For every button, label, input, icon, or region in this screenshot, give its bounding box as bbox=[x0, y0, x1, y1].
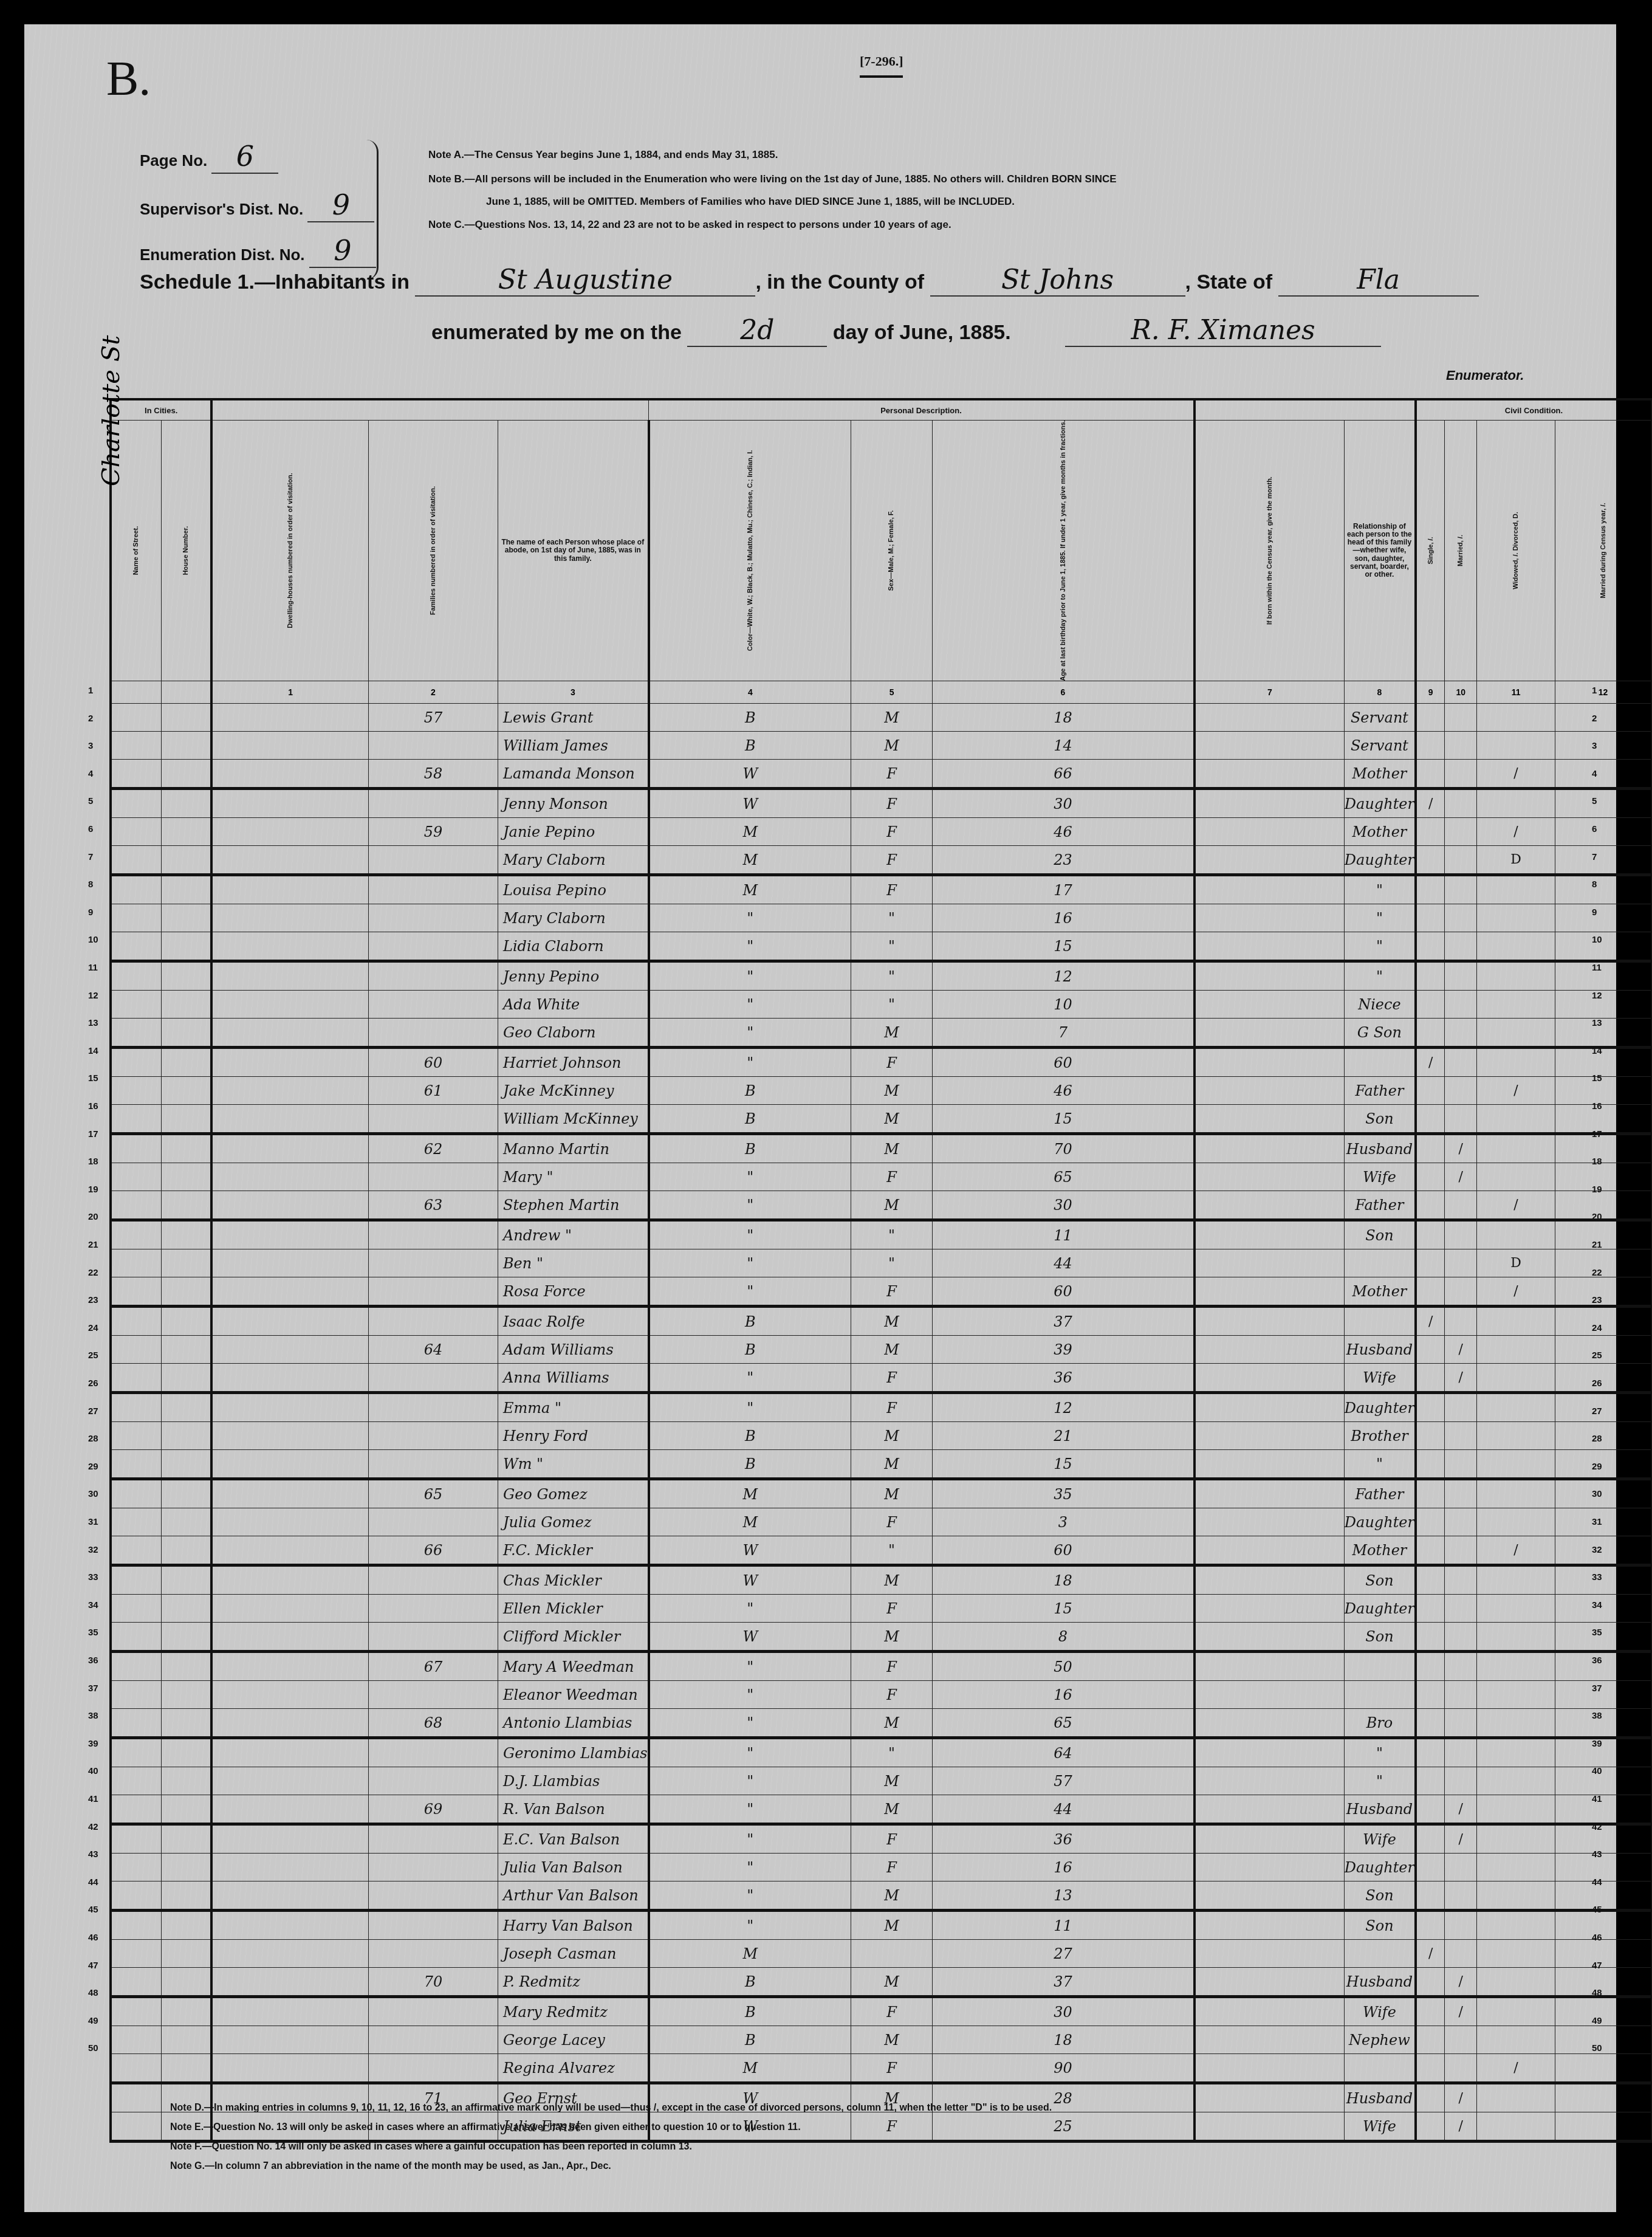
cell-age: 12 bbox=[932, 1393, 1194, 1422]
cell-mdc bbox=[1555, 1738, 1652, 1767]
cell-single bbox=[1416, 1767, 1445, 1795]
cell-name: Geo Gomez bbox=[498, 1479, 648, 1508]
cell-house bbox=[161, 1940, 211, 1968]
cell-age: 18 bbox=[932, 2026, 1194, 2054]
cell-rel: Servant bbox=[1344, 704, 1416, 732]
cell-mdc bbox=[1555, 1048, 1652, 1077]
cell-name: Regina Alvarez bbox=[498, 2054, 648, 2083]
line-number: 33 bbox=[1592, 1572, 1602, 1582]
line-number: 12 bbox=[88, 991, 98, 1001]
enumeration-label: Enumeration Dist. No. bbox=[140, 246, 305, 264]
cell-single bbox=[1416, 1881, 1445, 1911]
cell-mdc bbox=[1555, 1364, 1652, 1393]
cell-family bbox=[368, 1595, 498, 1623]
cell-mdc bbox=[1555, 1795, 1652, 1824]
cell-sex: F bbox=[851, 2054, 933, 2083]
cell-age: 15 bbox=[932, 1595, 1194, 1623]
cell-dwelling bbox=[211, 1652, 368, 1681]
cell-family: 65 bbox=[368, 1479, 498, 1508]
line-number: 19 bbox=[1592, 1184, 1602, 1195]
cell-name: Joseph Casman bbox=[498, 1940, 648, 1968]
cell-street bbox=[111, 789, 161, 818]
cell-house bbox=[161, 1565, 211, 1595]
cell-rel: Daughter bbox=[1344, 1595, 1416, 1623]
cell-rel: Son bbox=[1344, 1565, 1416, 1595]
table-row: Geronimo Llambias""64"Merchant""" bbox=[111, 1738, 1652, 1767]
cell-married bbox=[1445, 1681, 1477, 1709]
cell-name: Andrew " bbox=[498, 1220, 648, 1249]
cell-dwelling bbox=[211, 1940, 368, 1968]
cell-married: / bbox=[1445, 2083, 1477, 2112]
table-row: 68Antonio Llambias"M65BroCarpenter""" bbox=[111, 1709, 1652, 1738]
line-number: 21 bbox=[1592, 1240, 1602, 1250]
cell-color: " bbox=[649, 1709, 851, 1738]
table-row: Lidia Claborn""15"""" bbox=[111, 932, 1652, 961]
cell-color: B bbox=[649, 1968, 851, 1997]
cell-sex: M bbox=[851, 2026, 933, 2054]
cell-married bbox=[1445, 1019, 1477, 1048]
cell-sex: M bbox=[851, 1479, 933, 1508]
cell-month bbox=[1194, 1824, 1344, 1854]
cell-street bbox=[111, 1940, 161, 1968]
line-number: 41 bbox=[88, 1794, 98, 1804]
cell-sex: " bbox=[851, 991, 933, 1019]
cell-family bbox=[368, 1220, 498, 1249]
column-number: 2 bbox=[368, 681, 498, 704]
cell-single bbox=[1416, 904, 1445, 932]
cell-married bbox=[1445, 991, 1477, 1019]
cell-name: Wm " bbox=[498, 1450, 648, 1479]
line-number: 23 bbox=[88, 1295, 98, 1305]
cell-married bbox=[1445, 1307, 1477, 1336]
cell-month bbox=[1194, 704, 1344, 732]
cell-widowed: / bbox=[1477, 1277, 1555, 1307]
cell-single bbox=[1416, 846, 1445, 875]
cell-month bbox=[1194, 1249, 1344, 1277]
cell-house bbox=[161, 875, 211, 904]
line-number: 31 bbox=[1592, 1517, 1602, 1527]
cell-name: Henry Ford bbox=[498, 1422, 648, 1450]
cell-family: 58 bbox=[368, 760, 498, 789]
cell-mdc bbox=[1555, 2112, 1652, 2142]
cell-color: " bbox=[649, 1220, 851, 1249]
cell-sex: M bbox=[851, 1336, 933, 1364]
cell-married bbox=[1445, 1077, 1477, 1105]
cell-street bbox=[111, 1422, 161, 1450]
line-number: 18 bbox=[1592, 1156, 1602, 1167]
cell-month bbox=[1194, 932, 1344, 961]
cell-color: " bbox=[649, 1277, 851, 1307]
cell-mdc bbox=[1555, 1940, 1652, 1968]
table-row: 62Manno MartinBM70Husband/Mason//"Africa… bbox=[111, 1134, 1652, 1163]
cell-rel: Daughter bbox=[1344, 1393, 1416, 1422]
line-number: 23 bbox=[1592, 1295, 1602, 1305]
cell-age: 23 bbox=[932, 846, 1194, 875]
cell-dwelling bbox=[211, 1019, 368, 1048]
cell-mdc bbox=[1555, 1854, 1652, 1881]
table-row: 59Janie PepinoMF46Mother/"Fla" bbox=[111, 818, 1652, 846]
cell-married: / bbox=[1445, 1997, 1477, 2026]
cell-street bbox=[111, 1393, 161, 1422]
cell-sex: F bbox=[851, 1048, 933, 1077]
group-civil: Civil Condition. bbox=[1416, 399, 1652, 421]
line-number: 21 bbox=[88, 1240, 98, 1250]
cell-rel: Nephew bbox=[1344, 2026, 1416, 2054]
cell-family: 61 bbox=[368, 1077, 498, 1105]
column-number: 1 bbox=[211, 681, 368, 704]
cell-street bbox=[111, 1652, 161, 1681]
cell-rel bbox=[1344, 1940, 1416, 1968]
note-d: Note D.—In making entries in columns 9, … bbox=[170, 2103, 1052, 2114]
cell-house bbox=[161, 1364, 211, 1393]
cell-house bbox=[161, 1652, 211, 1681]
cell-mdc bbox=[1555, 1450, 1652, 1479]
column-header: Dwelling-houses numbered in order of vis… bbox=[211, 421, 368, 681]
cell-dwelling bbox=[211, 1336, 368, 1364]
cell-single bbox=[1416, 961, 1445, 991]
cell-dwelling bbox=[211, 875, 368, 904]
line-number: 30 bbox=[1592, 1489, 1602, 1499]
cell-age: 25 bbox=[932, 2112, 1194, 2142]
cell-mdc bbox=[1555, 875, 1652, 904]
cell-single bbox=[1416, 1450, 1445, 1479]
line-number: 13 bbox=[88, 1018, 98, 1028]
cell-house bbox=[161, 1767, 211, 1795]
cell-street bbox=[111, 1307, 161, 1336]
table-row: Eleanor Weedman"F16""" bbox=[111, 1681, 1652, 1709]
cell-house bbox=[161, 818, 211, 846]
table-row: 60Harriet Johnson"F60///""" bbox=[111, 1048, 1652, 1077]
cell-single bbox=[1416, 732, 1445, 760]
cell-month bbox=[1194, 1536, 1344, 1565]
cell-married bbox=[1445, 1623, 1477, 1652]
line-number: 9 bbox=[1592, 907, 1597, 918]
cell-name: Lidia Claborn bbox=[498, 932, 648, 961]
cell-street bbox=[111, 991, 161, 1019]
cell-house bbox=[161, 991, 211, 1019]
cell-married bbox=[1445, 1277, 1477, 1307]
cell-widowed bbox=[1477, 1565, 1555, 1595]
cell-age: 30 bbox=[932, 1997, 1194, 2026]
cell-widowed bbox=[1477, 1854, 1555, 1881]
cell-color: " bbox=[649, 1163, 851, 1191]
cell-single bbox=[1416, 2112, 1445, 2142]
cell-family bbox=[368, 1277, 498, 1307]
line-number: 20 bbox=[1592, 1212, 1602, 1222]
cell-rel bbox=[1344, 1249, 1416, 1277]
table-row: Arthur Van Balson"M13Son""" bbox=[111, 1881, 1652, 1911]
cell-married bbox=[1445, 1249, 1477, 1277]
cell-age: 60 bbox=[932, 1536, 1194, 1565]
cell-family bbox=[368, 932, 498, 961]
cell-married bbox=[1445, 1738, 1477, 1767]
column-header-label: Married during Census year, /. bbox=[1599, 503, 1606, 598]
column-header-label: Dwelling-houses numbered in order of vis… bbox=[287, 473, 294, 628]
cell-married bbox=[1445, 1709, 1477, 1738]
cell-age: 64 bbox=[932, 1738, 1194, 1767]
cell-single bbox=[1416, 2083, 1445, 2112]
line-number: 37 bbox=[88, 1683, 98, 1694]
cell-married: / bbox=[1445, 1336, 1477, 1364]
cell-name: Louisa Pepino bbox=[498, 875, 648, 904]
column-number: 12 bbox=[1555, 681, 1652, 704]
cell-married bbox=[1445, 1479, 1477, 1508]
cell-single bbox=[1416, 1163, 1445, 1191]
cell-rel: Brother bbox=[1344, 1422, 1416, 1450]
cell-single: / bbox=[1416, 1940, 1445, 1968]
line-number: 40 bbox=[88, 1766, 98, 1776]
cell-age: 16 bbox=[932, 1681, 1194, 1709]
county-value: St Johns bbox=[930, 264, 1185, 297]
cell-month bbox=[1194, 1307, 1344, 1336]
cell-age: 14 bbox=[932, 732, 1194, 760]
cell-month bbox=[1194, 1997, 1344, 2026]
cell-house bbox=[161, 1105, 211, 1134]
cell-age: 16 bbox=[932, 1854, 1194, 1881]
line-number: 19 bbox=[88, 1184, 98, 1195]
cell-mdc bbox=[1555, 1508, 1652, 1536]
cell-family bbox=[368, 1422, 498, 1450]
cell-mdc bbox=[1555, 1881, 1652, 1911]
cell-single bbox=[1416, 1422, 1445, 1450]
line-number: 6 bbox=[88, 824, 93, 834]
cell-sex: F bbox=[851, 1997, 933, 2026]
column-header: Age at last birthday prior to June 1, 18… bbox=[932, 421, 1194, 681]
line-number: 6 bbox=[1592, 824, 1597, 834]
cell-house bbox=[161, 1220, 211, 1249]
cell-street bbox=[111, 1508, 161, 1536]
cell-mdc bbox=[1555, 991, 1652, 1019]
cell-sex: M bbox=[851, 1077, 933, 1105]
cell-widowed bbox=[1477, 1767, 1555, 1795]
cell-single: / bbox=[1416, 789, 1445, 818]
note-c: Note C.—Questions Nos. 13, 14, 22 and 23… bbox=[428, 219, 951, 231]
line-number: 38 bbox=[1592, 1711, 1602, 1721]
cell-married bbox=[1445, 2026, 1477, 2054]
cell-street bbox=[111, 704, 161, 732]
table-row: 70P. RedmitzBM37Husband/Restaurant"Fla" bbox=[111, 1968, 1652, 1997]
cell-street bbox=[111, 961, 161, 991]
cell-name: Lewis Grant bbox=[498, 704, 648, 732]
cell-house bbox=[161, 1277, 211, 1307]
cell-married bbox=[1445, 1595, 1477, 1623]
column-header: Relationship of each person to the head … bbox=[1344, 421, 1416, 681]
line-number: 43 bbox=[1592, 1849, 1602, 1860]
table-row: Ada White""10Niece///""" bbox=[111, 991, 1652, 1019]
cell-rel: Wife bbox=[1344, 1997, 1416, 2026]
cell-street bbox=[111, 1709, 161, 1738]
cell-single bbox=[1416, 1105, 1445, 1134]
cell-house bbox=[161, 732, 211, 760]
page-no-label: Page No. bbox=[140, 151, 207, 170]
cell-married bbox=[1445, 1105, 1477, 1134]
cell-widowed bbox=[1477, 2112, 1555, 2142]
table-row: Mary ""F65Wife/"Fla" bbox=[111, 1163, 1652, 1191]
supervisor-district: Supervisor's Dist. No. 9 bbox=[140, 188, 374, 222]
column-header-label: Single, /. bbox=[1427, 537, 1434, 564]
table-row: Julia Van Balson"F16Daughter"AlaFla bbox=[111, 1854, 1652, 1881]
cell-dwelling bbox=[211, 1134, 368, 1163]
enumerated-line: enumerated by me on the 2d day of June, … bbox=[431, 315, 1381, 347]
cell-street bbox=[111, 1623, 161, 1652]
schedule-line: Schedule 1.—Inhabitants in St Augustine,… bbox=[140, 264, 1479, 297]
cell-house bbox=[161, 1911, 211, 1940]
cell-age: 46 bbox=[932, 818, 1194, 846]
cell-name: Emma " bbox=[498, 1393, 648, 1422]
cell-month bbox=[1194, 1336, 1344, 1364]
cell-street bbox=[111, 1854, 161, 1881]
cell-rel: Mother bbox=[1344, 1277, 1416, 1307]
cell-name: Antonio Llambias bbox=[498, 1709, 648, 1738]
cell-month bbox=[1194, 1191, 1344, 1220]
cell-month bbox=[1194, 1940, 1344, 1968]
cell-married bbox=[1445, 1048, 1477, 1077]
line-number: 1 bbox=[1592, 686, 1597, 696]
cell-color: W bbox=[649, 760, 851, 789]
cell-street bbox=[111, 1911, 161, 1940]
cell-mdc bbox=[1555, 1307, 1652, 1336]
cell-color: " bbox=[649, 1595, 851, 1623]
line-number: 11 bbox=[1592, 963, 1602, 973]
cell-family bbox=[368, 1738, 498, 1767]
cell-single bbox=[1416, 1997, 1445, 2026]
cell-rel: Husband bbox=[1344, 2083, 1416, 2112]
cell-widowed bbox=[1477, 1997, 1555, 2026]
column-header: Married, /. bbox=[1445, 421, 1477, 681]
cell-color: M bbox=[649, 1479, 851, 1508]
cell-color: " bbox=[649, 1881, 851, 1911]
cell-dwelling bbox=[211, 1854, 368, 1881]
cell-mdc bbox=[1555, 961, 1652, 991]
cell-dwelling bbox=[211, 1479, 368, 1508]
column-header: Color—White, W.; Black, B.; Mulatto, Mu.… bbox=[649, 421, 851, 681]
column-number: 9 bbox=[1416, 681, 1445, 704]
table-row: Clifford MicklerWM8Son""" bbox=[111, 1623, 1652, 1652]
cell-sex: M bbox=[851, 1450, 933, 1479]
enumerator-label: Enumerator. bbox=[1446, 368, 1524, 383]
cell-single bbox=[1416, 1364, 1445, 1393]
note-g: Note G.—In column 7 an abbreviation in t… bbox=[170, 2161, 611, 2172]
cell-color: M bbox=[649, 1508, 851, 1536]
cell-color: M bbox=[649, 875, 851, 904]
cell-family bbox=[368, 1450, 498, 1479]
cell-color: M bbox=[649, 818, 851, 846]
cell-house bbox=[161, 904, 211, 932]
cell-house bbox=[161, 1336, 211, 1364]
cell-name: Jenny Monson bbox=[498, 789, 648, 818]
cell-house bbox=[161, 2026, 211, 2054]
cell-age: 15 bbox=[932, 1105, 1194, 1134]
cell-married bbox=[1445, 875, 1477, 904]
cell-mdc bbox=[1555, 1652, 1652, 1681]
cell-name: Mary Redmitz bbox=[498, 1997, 648, 2026]
cell-single bbox=[1416, 875, 1445, 904]
line-number: 34 bbox=[88, 1600, 98, 1610]
cell-sex: M bbox=[851, 704, 933, 732]
cell-family: 70 bbox=[368, 1968, 498, 1997]
page-no-value: 6 bbox=[211, 140, 278, 174]
cell-color: B bbox=[649, 1105, 851, 1134]
cell-age: 44 bbox=[932, 1249, 1194, 1277]
cell-month bbox=[1194, 904, 1344, 932]
column-number bbox=[161, 681, 211, 704]
cell-mdc bbox=[1555, 1997, 1652, 2026]
cell-dwelling bbox=[211, 1968, 368, 1997]
cell-color: B bbox=[649, 1307, 851, 1336]
cell-married bbox=[1445, 1854, 1477, 1881]
line-number: 32 bbox=[1592, 1545, 1602, 1555]
cell-mdc bbox=[1555, 1479, 1652, 1508]
note-e: Note E.—Question No. 13 will only be ask… bbox=[170, 2122, 801, 2133]
cell-family bbox=[368, 1508, 498, 1536]
cell-street bbox=[111, 875, 161, 904]
cell-mdc bbox=[1555, 1681, 1652, 1709]
cell-married bbox=[1445, 1536, 1477, 1565]
cell-house bbox=[161, 1422, 211, 1450]
cell-sex: " bbox=[851, 1536, 933, 1565]
cell-age: 50 bbox=[932, 1652, 1194, 1681]
cell-married bbox=[1445, 704, 1477, 732]
column-headers: Name of Street.House Number.Dwelling-hou… bbox=[111, 421, 1652, 681]
cell-widowed bbox=[1477, 875, 1555, 904]
cell-name: Arthur Van Balson bbox=[498, 1881, 648, 1911]
cell-sex: F bbox=[851, 1652, 933, 1681]
cell-rel: Son bbox=[1344, 1881, 1416, 1911]
line-number: 7 bbox=[88, 852, 93, 862]
cell-name: Jenny Pepino bbox=[498, 961, 648, 991]
cell-color: " bbox=[649, 1364, 851, 1393]
cell-name: Jake McKinney bbox=[498, 1077, 648, 1105]
cell-dwelling bbox=[211, 1191, 368, 1220]
line-number: 22 bbox=[1592, 1268, 1602, 1278]
cell-dwelling bbox=[211, 789, 368, 818]
cell-rel: Wife bbox=[1344, 2112, 1416, 2142]
cell-rel: Mother bbox=[1344, 1536, 1416, 1565]
line-number: 16 bbox=[1592, 1101, 1602, 1112]
cell-house bbox=[161, 1191, 211, 1220]
column-header: If born within the Census year, give the… bbox=[1194, 421, 1344, 681]
cell-rel: Mother bbox=[1344, 818, 1416, 846]
bracket bbox=[365, 140, 379, 280]
cell-sex: M bbox=[851, 1134, 933, 1163]
cell-month bbox=[1194, 1163, 1344, 1191]
cell-widowed bbox=[1477, 1508, 1555, 1536]
cell-street bbox=[111, 846, 161, 875]
cell-street bbox=[111, 932, 161, 961]
line-number: 49 bbox=[1592, 2016, 1602, 2026]
cell-rel: Father bbox=[1344, 1191, 1416, 1220]
cell-color: " bbox=[649, 1854, 851, 1881]
column-number: 4 bbox=[649, 681, 851, 704]
census-rows: 57Lewis GrantBM18Servant//FlaFlaFlaWilli… bbox=[111, 704, 1652, 2142]
cell-mdc bbox=[1555, 789, 1652, 818]
cell-house bbox=[161, 1824, 211, 1854]
cell-age: 3 bbox=[932, 1508, 1194, 1536]
cell-house bbox=[161, 1019, 211, 1048]
cell-rel: Daughter bbox=[1344, 789, 1416, 818]
cell-name: Anna Williams bbox=[498, 1364, 648, 1393]
cell-name: Mary " bbox=[498, 1163, 648, 1191]
cell-name: George Lacey bbox=[498, 2026, 648, 2054]
cell-age: 30 bbox=[932, 789, 1194, 818]
column-number: 6 bbox=[932, 681, 1194, 704]
cell-mdc bbox=[1555, 1077, 1652, 1105]
cell-single bbox=[1416, 1709, 1445, 1738]
line-number: 37 bbox=[1592, 1683, 1602, 1694]
table-row: 63Stephen Martin"M30Father/Mason//""" bbox=[111, 1191, 1652, 1220]
cell-sex bbox=[851, 1940, 933, 1968]
line-number: 11 bbox=[88, 963, 98, 973]
